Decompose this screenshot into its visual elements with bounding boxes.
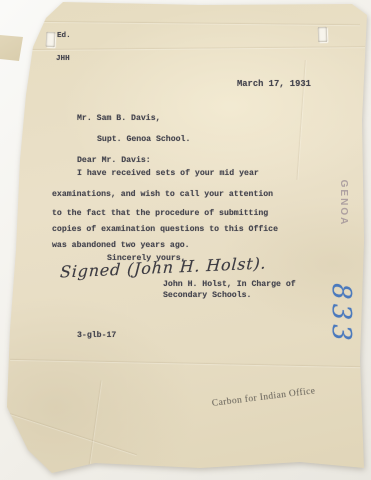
body-line: copies of examination questions to this …: [52, 225, 278, 234]
typist-initials: JHH: [56, 55, 70, 63]
date-line: March 17, 1931: [237, 79, 311, 89]
scanned-letter-page: Ed. JHH March 17, 1931 Mr. Sam B. Davis,…: [0, 0, 371, 480]
reference-code: 3-glb-17: [77, 331, 116, 340]
salutation: Dear Mr. Davis:: [77, 156, 151, 165]
paper-shadow-wrap: Ed. JHH March 17, 1931 Mr. Sam B. Davis,…: [0, 0, 371, 480]
archive-number-blue-pencil: 833: [326, 279, 356, 349]
department-initials: Ed.: [57, 32, 71, 40]
carbon-office-stamp: Carbon for Indian Office: [211, 383, 346, 409]
body-line: to the fact that the procedure of submit…: [52, 209, 268, 218]
staple-mark-left: [46, 32, 56, 47]
crease-bottom-vertical: [86, 380, 103, 479]
body-line: I have received sets of your mid year: [77, 169, 259, 178]
signer-title: Secondary Schools.: [163, 291, 251, 300]
handwritten-signature: Signed (John H. Holst).: [60, 253, 268, 281]
genoa-stamp: GENOA: [335, 175, 349, 231]
recipient-title: Supt. Genoa School.: [97, 135, 190, 144]
staple-mark-right: [318, 27, 328, 42]
body-line: examinations, and wish to call your atte…: [52, 190, 273, 199]
crease-bottom-diagonal: [3, 410, 137, 456]
signer-name: John H. Holst, In Charge of: [163, 280, 296, 289]
letter-paper: Ed. JHH March 17, 1931 Mr. Sam B. Davis,…: [0, 0, 371, 480]
crease-upper: [30, 46, 365, 52]
crease-top: [40, 20, 360, 26]
crease-middle: [10, 358, 365, 368]
body-line: was abandoned two years ago.: [52, 241, 190, 250]
recipient-name: Mr. Sam B. Davis,: [77, 114, 161, 123]
